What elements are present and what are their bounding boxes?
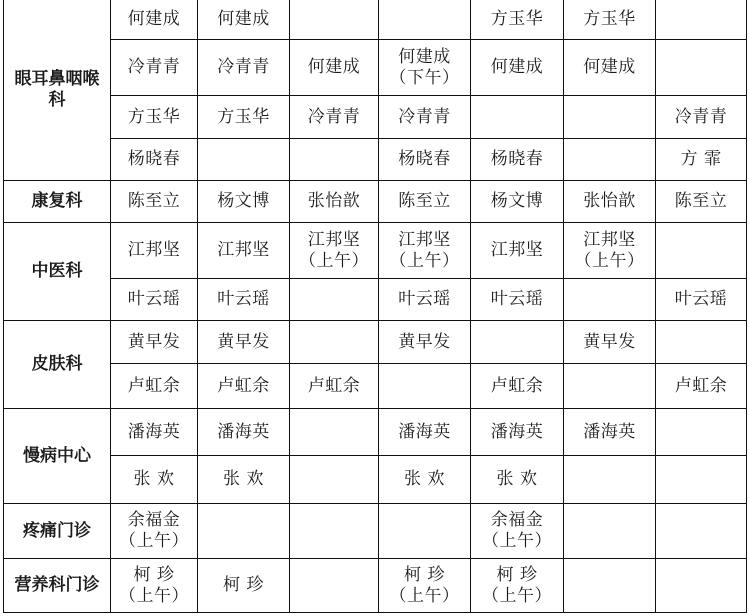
- schedule-cell: 何建成 （下午）: [379, 40, 471, 96]
- schedule-cell: [290, 279, 379, 321]
- schedule-cell: [290, 559, 379, 613]
- schedule-cell: [564, 279, 656, 321]
- schedule-cell: 黄早发: [379, 321, 471, 364]
- schedule-cell: [379, 364, 471, 409]
- schedule-cell: 卢虹余: [471, 364, 564, 409]
- schedule-cell: 黄早发: [564, 321, 656, 364]
- schedule-cell: 卢虹余: [656, 364, 747, 409]
- schedule-cell: 柯 珍 （上午）: [111, 559, 198, 613]
- table-row: 康复科陈至立杨文博张怡歆陈至立杨文博张怡歆陈至立: [4, 181, 747, 223]
- schedule-cell: [471, 96, 564, 139]
- schedule-cell: 张怡歆: [564, 181, 656, 223]
- schedule-cell: [564, 504, 656, 559]
- schedule-cell: 江邦坚 （上午）: [379, 223, 471, 279]
- schedule-cell: [198, 139, 290, 181]
- table-row: 卢虹余卢虹余卢虹余卢虹余卢虹余: [4, 364, 747, 409]
- table-row: 眼耳鼻咽喉 科何建成何建成方玉华方玉华: [4, 0, 747, 40]
- schedule-cell: [656, 223, 747, 279]
- schedule-cell: [290, 139, 379, 181]
- schedule-cell: [656, 40, 747, 96]
- schedule-cell: 冷青青: [379, 96, 471, 139]
- schedule-cell: 张 欢: [198, 456, 290, 504]
- schedule-cell: 叶云瑶: [111, 279, 198, 321]
- schedule-cell: 柯 珍 （上午）: [471, 559, 564, 613]
- department-name: 皮肤科: [4, 321, 111, 409]
- schedule-cell: [656, 409, 747, 456]
- schedule-cell: [564, 139, 656, 181]
- schedule-cell: 叶云瑶: [198, 279, 290, 321]
- schedule-cell: 卢虹余: [198, 364, 290, 409]
- schedule-cell: 黄早发: [198, 321, 290, 364]
- schedule-cell: 杨晓春: [471, 139, 564, 181]
- schedule-cell: 江邦坚 （上午）: [564, 223, 656, 279]
- schedule-cell: 冷青青: [198, 40, 290, 96]
- schedule-cell: 江邦坚: [471, 223, 564, 279]
- table-row: 营养科门诊柯 珍 （上午）柯 珍柯 珍 （上午）柯 珍 （上午）: [4, 559, 747, 613]
- department-name: 中医科: [4, 223, 111, 321]
- schedule-cell: 何建成: [111, 0, 198, 40]
- table-row: 冷青青冷青青何建成何建成 （下午）何建成何建成: [4, 40, 747, 96]
- schedule-cell: 方玉华: [471, 0, 564, 40]
- schedule-cell: 潘海英: [471, 409, 564, 456]
- schedule-cell: 张 欢: [471, 456, 564, 504]
- schedule-cell: [564, 364, 656, 409]
- schedule-cell: 杨晓春: [111, 139, 198, 181]
- schedule-cell: 黄早发: [111, 321, 198, 364]
- schedule-cell: 卢虹余: [111, 364, 198, 409]
- schedule-cell: 方玉华: [564, 0, 656, 40]
- schedule-cell: 方 霏: [656, 139, 747, 181]
- table-row: 叶云瑶叶云瑶叶云瑶叶云瑶叶云瑶: [4, 279, 747, 321]
- schedule-body: 眼耳鼻咽喉 科何建成何建成方玉华方玉华冷青青冷青青何建成何建成 （下午）何建成何…: [4, 0, 747, 613]
- schedule-cell: [656, 0, 747, 40]
- schedule-cell: [564, 559, 656, 613]
- schedule-cell: 江邦坚: [198, 223, 290, 279]
- schedule-cell: 何建成: [564, 40, 656, 96]
- schedule-cell: [290, 504, 379, 559]
- table-row: 疼痛门诊余福金 （上午）余福金 （上午）: [4, 504, 747, 559]
- schedule-cell: 潘海英: [564, 409, 656, 456]
- schedule-cell: [290, 321, 379, 364]
- department-name: 眼耳鼻咽喉 科: [4, 0, 111, 181]
- schedule-cell: [290, 409, 379, 456]
- schedule-cell: 江邦坚: [111, 223, 198, 279]
- schedule-cell: 叶云瑶: [471, 279, 564, 321]
- schedule-cell: [564, 96, 656, 139]
- table-row: 杨晓春杨晓春杨晓春方 霏: [4, 139, 747, 181]
- table-row: 皮肤科黄早发黄早发黄早发黄早发: [4, 321, 747, 364]
- schedule-cell: [656, 559, 747, 613]
- schedule-cell: 方玉华: [198, 96, 290, 139]
- schedule-cell: 江邦坚 （上午）: [290, 223, 379, 279]
- schedule-cell: 张怡歆: [290, 181, 379, 223]
- schedule-cell: 杨晓春: [379, 139, 471, 181]
- schedule-cell: [564, 456, 656, 504]
- schedule-cell: [198, 504, 290, 559]
- schedule-cell: [656, 321, 747, 364]
- department-name: 康复科: [4, 181, 111, 223]
- schedule-table: 眼耳鼻咽喉 科何建成何建成方玉华方玉华冷青青冷青青何建成何建成 （下午）何建成何…: [3, 0, 747, 613]
- schedule-cell: 余福金 （上午）: [111, 504, 198, 559]
- schedule-cell: 余福金 （上午）: [471, 504, 564, 559]
- table-row: 张 欢张 欢张 欢张 欢: [4, 456, 747, 504]
- schedule-cell: 杨文博: [471, 181, 564, 223]
- department-name: 疼痛门诊: [4, 504, 111, 559]
- schedule-cell: 张 欢: [379, 456, 471, 504]
- schedule-cell: 陈至立: [656, 181, 747, 223]
- table-row: 中医科江邦坚江邦坚江邦坚 （上午）江邦坚 （上午）江邦坚江邦坚 （上午）: [4, 223, 747, 279]
- schedule-cell: 潘海英: [198, 409, 290, 456]
- schedule-cell: 何建成: [471, 40, 564, 96]
- schedule-cell: 叶云瑶: [656, 279, 747, 321]
- schedule-cell: 冷青青: [290, 96, 379, 139]
- schedule-cell: 方玉华: [111, 96, 198, 139]
- schedule-cell: 张 欢: [111, 456, 198, 504]
- schedule-cell: 潘海英: [111, 409, 198, 456]
- schedule-cell: 卢虹余: [290, 364, 379, 409]
- schedule-cell: 冷青青: [111, 40, 198, 96]
- schedule-cell: 柯 珍: [198, 559, 290, 613]
- schedule-cell: 何建成: [290, 40, 379, 96]
- schedule-cell: 柯 珍 （上午）: [379, 559, 471, 613]
- schedule-cell: 潘海英: [379, 409, 471, 456]
- schedule-cell: [290, 0, 379, 40]
- schedule-cell: [290, 456, 379, 504]
- schedule-cell: [379, 504, 471, 559]
- table-row: 方玉华方玉华冷青青冷青青冷青青: [4, 96, 747, 139]
- schedule-cell: 陈至立: [111, 181, 198, 223]
- schedule-cell: [656, 504, 747, 559]
- department-name: 营养科门诊: [4, 559, 111, 613]
- schedule-cell: 冷青青: [656, 96, 747, 139]
- schedule-cell: [656, 456, 747, 504]
- schedule-cell: 何建成: [198, 0, 290, 40]
- schedule-cell: 杨文博: [198, 181, 290, 223]
- table-row: 慢病中心潘海英潘海英潘海英潘海英潘海英: [4, 409, 747, 456]
- schedule-cell: [379, 0, 471, 40]
- schedule-cell: [471, 321, 564, 364]
- department-name: 慢病中心: [4, 409, 111, 504]
- schedule-cell: 陈至立: [379, 181, 471, 223]
- schedule-cell: 叶云瑶: [379, 279, 471, 321]
